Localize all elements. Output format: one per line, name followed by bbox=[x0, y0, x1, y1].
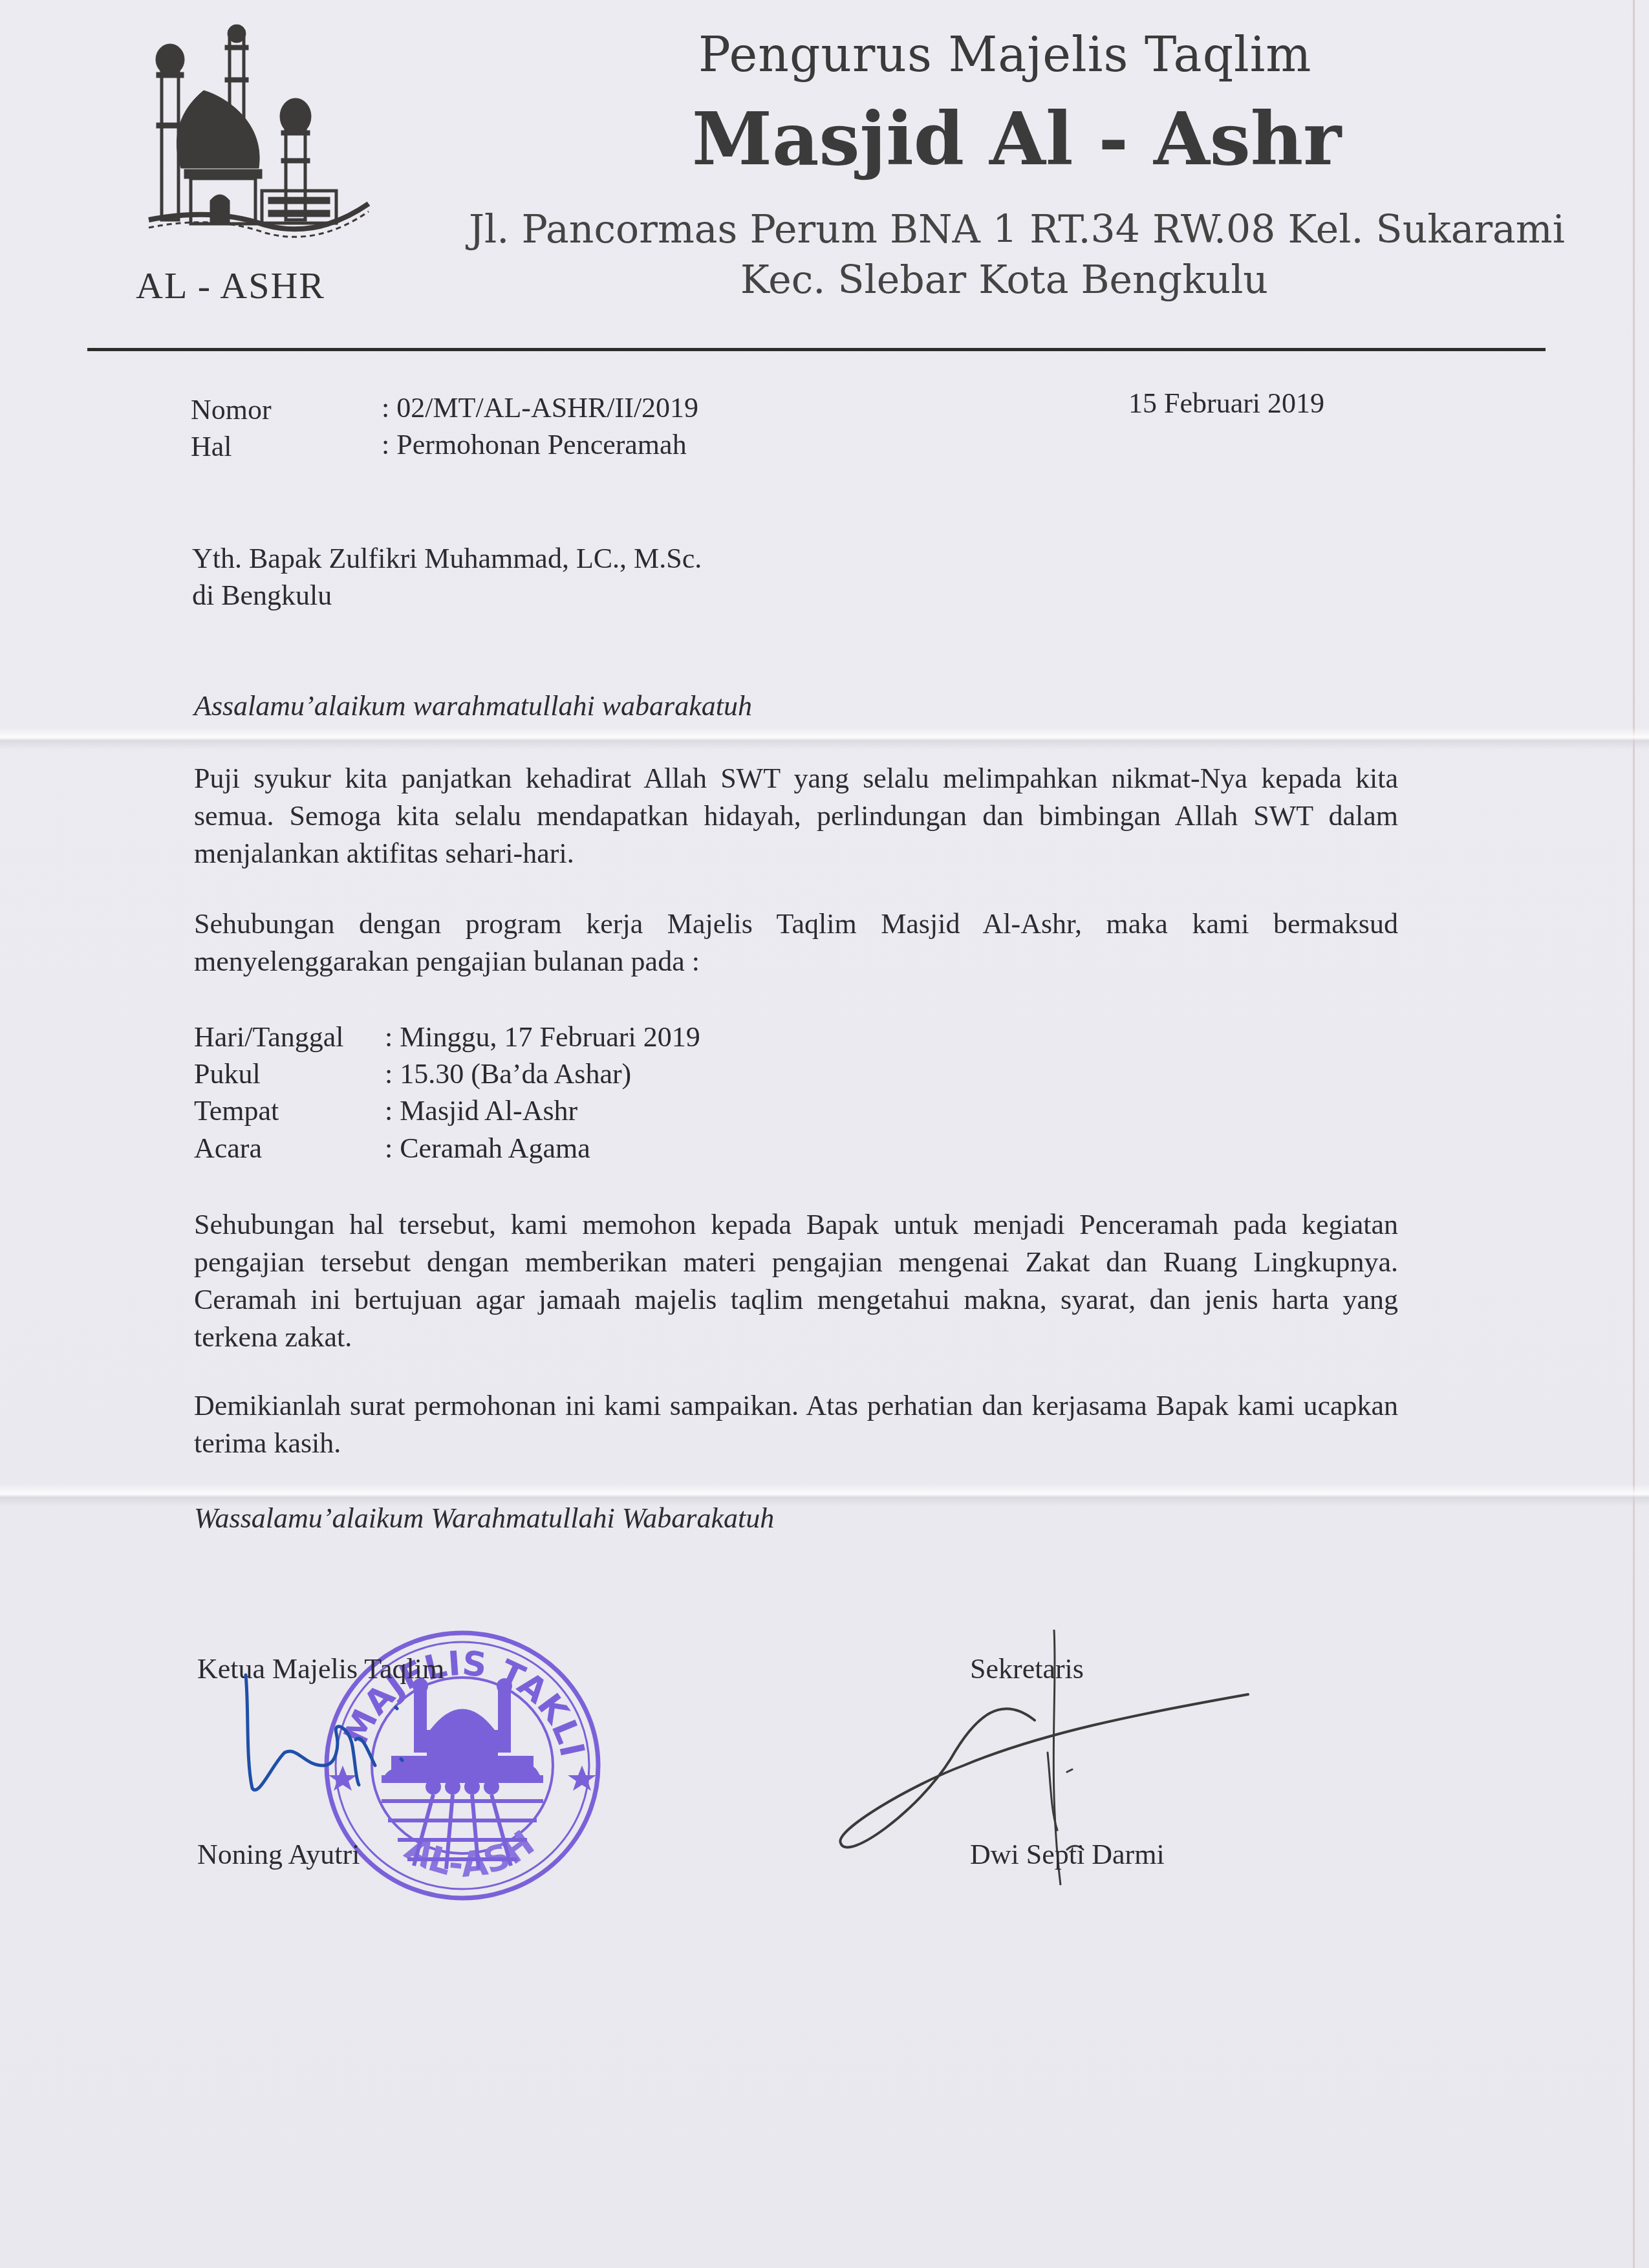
closing-salutation: Wassalamu’alaikum Warahmatullahi Wabarak… bbox=[194, 1502, 774, 1535]
logo-caption: AL - ASHR bbox=[136, 264, 325, 307]
event-row: Pukul: 15.30 (Ba’da Ashar) bbox=[194, 1057, 631, 1090]
event-label: Hari/Tanggal bbox=[194, 1021, 385, 1053]
chairman-name: Noning Ayutri bbox=[197, 1838, 360, 1871]
mosque-logo-icon bbox=[136, 19, 382, 239]
event-value: : Ceramah Agama bbox=[385, 1132, 590, 1164]
secretary-name: Dwi Septi Darmi bbox=[970, 1838, 1165, 1871]
paragraph-closing: Demikianlah surat permohonan ini kami sa… bbox=[194, 1387, 1398, 1462]
event-value: : 15.30 (Ba’da Ashar) bbox=[385, 1058, 631, 1090]
organization-title: Pengurus Majelis Taqlim bbox=[698, 27, 1312, 83]
paragraph-intro-event: Sehubungan dengan program kerja Majelis … bbox=[194, 905, 1398, 980]
letterhead-divider bbox=[87, 348, 1546, 351]
event-value: : Masjid Al-Ashr bbox=[385, 1095, 577, 1127]
recipient-name: Yth. Bapak Zulfikri Muhammad, LC., M.Sc. bbox=[192, 542, 702, 575]
event-value: : Minggu, 17 Februari 2019 bbox=[385, 1021, 700, 1053]
nomor-label: Nomor bbox=[191, 393, 272, 426]
event-label: Tempat bbox=[194, 1094, 385, 1127]
fold-crease bbox=[0, 728, 1649, 750]
event-row: Hari/Tanggal: Minggu, 17 Februari 2019 bbox=[194, 1021, 700, 1053]
address-line-1: Jl. Pancormas Perum BNA 1 RT.34 RW.08 Ke… bbox=[469, 207, 1565, 252]
event-row: Acara: Ceramah Agama bbox=[194, 1132, 590, 1165]
paragraph-opening: Puji syukur kita panjatkan kehadirat All… bbox=[194, 760, 1398, 872]
nomor-value: : 02/MT/AL-ASHR/II/2019 bbox=[382, 391, 698, 424]
recipient-location: di Bengkulu bbox=[192, 579, 332, 612]
greeting: Assalamu’alaikum warahmatullahi wabaraka… bbox=[194, 689, 752, 722]
hal-label: Hal bbox=[191, 430, 232, 463]
mosque-name: Masjid Al - Ashr bbox=[692, 97, 1341, 182]
page-edge bbox=[1633, 0, 1635, 2268]
address-line-2: Kec. Slebar Kota Bengkulu bbox=[740, 257, 1268, 303]
event-label: Acara bbox=[194, 1132, 385, 1165]
hal-value: : Permohonan Penceramah bbox=[382, 428, 687, 461]
event-label: Pukul bbox=[194, 1057, 385, 1090]
letter-date: 15 Februari 2019 bbox=[1128, 387, 1324, 420]
paragraph-request: Sehubungan hal tersebut, kami memohon ke… bbox=[194, 1206, 1398, 1356]
chairman-signature-icon bbox=[226, 1669, 440, 1798]
event-row: Tempat: Masjid Al-Ashr bbox=[194, 1094, 577, 1127]
